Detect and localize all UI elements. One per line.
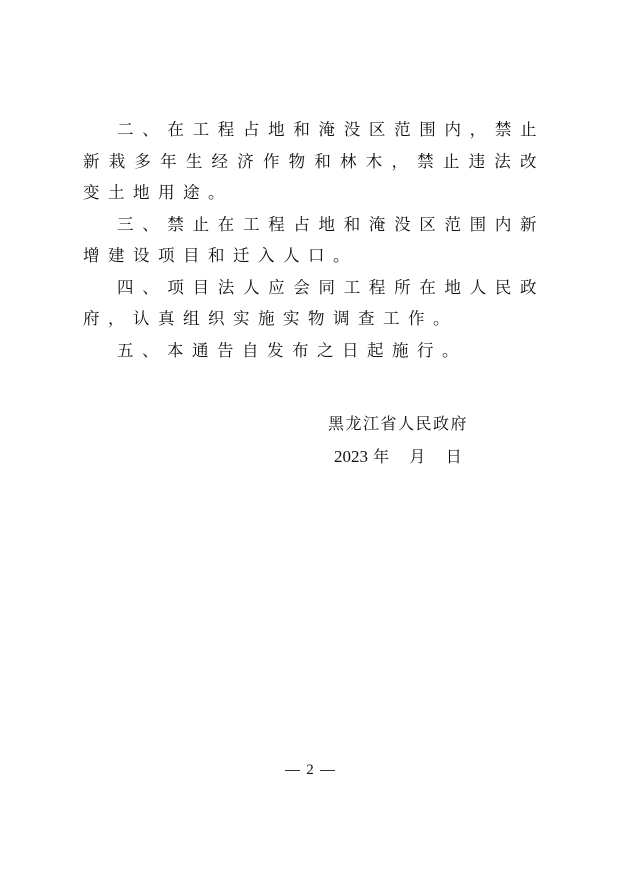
- issue-date-suffix: 年 月 日: [368, 447, 462, 466]
- issue-date-year: 2023: [334, 447, 368, 466]
- issuer-signature: 黑龙江省人民政府: [328, 412, 468, 436]
- page-number: 2: [306, 762, 314, 778]
- issue-date: 2023 年 月 日: [334, 445, 462, 469]
- page-number-footer: 2: [0, 762, 620, 779]
- paragraph-item-4: 四、项目法人应会同工程所在地人民政府，认真组织实施实物调查工作。: [83, 272, 545, 335]
- dash-left: [285, 770, 300, 771]
- dash-right: [320, 770, 335, 771]
- paragraph-item-5: 五、本通告自发布之日起施行。: [83, 335, 545, 367]
- paragraph-item-3: 三、禁止在工程占地和淹没区范围内新增建设项目和迁入人口。: [83, 209, 545, 272]
- document-page: 二、在工程占地和淹没区范围内，禁止新栽多年生经济作物和林木，禁止违法改变土地用途…: [0, 0, 620, 876]
- paragraph-item-2: 二、在工程占地和淹没区范围内，禁止新栽多年生经济作物和林木，禁止违法改变土地用途…: [83, 114, 545, 209]
- document-body: 二、在工程占地和淹没区范围内，禁止新栽多年生经济作物和林木，禁止违法改变土地用途…: [83, 114, 545, 366]
